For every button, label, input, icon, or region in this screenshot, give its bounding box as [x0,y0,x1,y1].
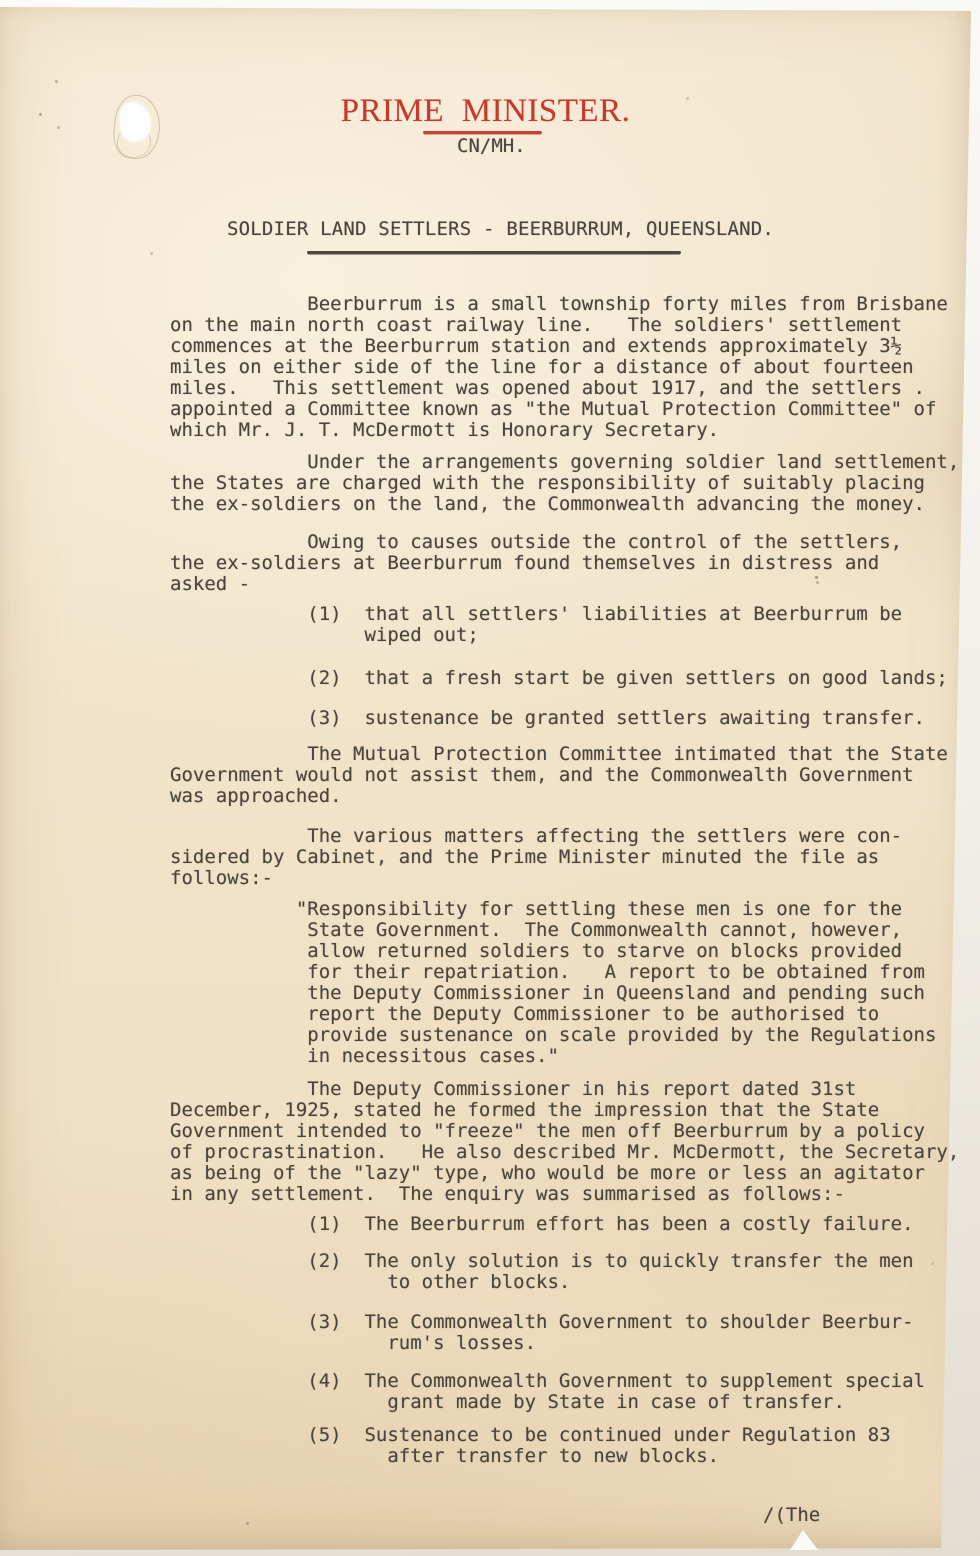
list-item: (2) The only solution is to quickly tran… [170,1251,914,1293]
quote-block: "Responsibility for settling these men i… [170,899,936,1067]
list-item: (3) sustenance be granted settlers await… [170,708,925,729]
paper-tear-notch [790,1530,818,1550]
reference-code: CN/MH. [457,136,526,157]
paragraph-committee: The Mutual Protection Committee intimate… [170,744,948,807]
list-item: (1) that all settlers' liabilities at Be… [170,604,902,646]
continuation-mark: /(The [763,1505,820,1526]
list-item: (3) The Commonwealth Government to shoul… [170,1312,914,1354]
paragraph-distress: Owing to causes outside the control of t… [170,532,902,595]
paragraph-arrangements: Under the arrangements governing soldier… [170,452,959,515]
title-underline [423,131,542,134]
paper-specks [0,0,3,3]
list-item: (2) that a fresh start be given settlers… [170,668,948,689]
paragraph-cabinet: The various matters affecting the settle… [170,826,902,889]
list-item: (4) The Commonwealth Government to suppl… [170,1371,925,1413]
paragraph-intro: Beerburrum is a small township forty mil… [170,294,948,441]
paragraph-deputy-report: The Deputy Commissioner in his report da… [170,1079,959,1205]
list-item: (5) Sustenance to be continued under Reg… [170,1425,891,1467]
subject-heading: SOLDIER LAND SETTLERS - BEERBURRUM, QUEE… [227,219,774,240]
page-title: PRIME MINISTER. [0,94,971,128]
subject-underline [307,251,681,254]
list-item: (1) The Beerburrum effort has been a cos… [170,1214,914,1235]
